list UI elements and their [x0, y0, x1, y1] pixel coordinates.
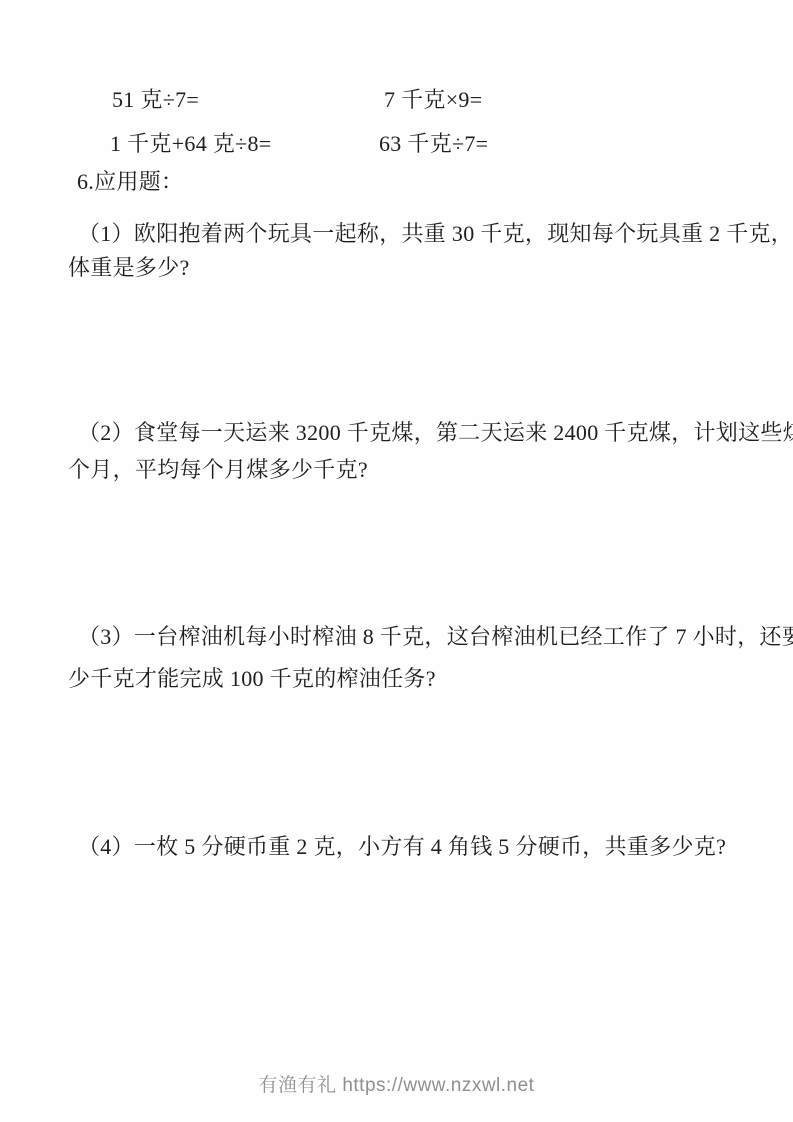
problem-1-line-2: 体重是多少?: [68, 254, 190, 281]
worksheet-page: 51 克÷7= 7 千克×9= 1 千克+64 克÷8= 63 千克÷7= 6.…: [0, 0, 793, 1122]
problem-1-line-1: （1）欧阳抱着两个玩具一起称，共重 30 千克，现知每个玩具重 2 千克，欧阳: [78, 220, 793, 247]
problem-4-line-1: （4）一枚 5 分硬币重 2 克，小方有 4 角钱 5 分硬币，共重多少克?: [78, 833, 726, 860]
problem-2-line-1: （2）食堂每一天运来 3200 千克煤，第二天运来 2400 千克煤，计划这些煤…: [78, 419, 793, 446]
problem-3-line-2: 少千克才能完成 100 千克的榨油任务?: [68, 665, 436, 692]
equation-1: 51 克÷7=: [112, 86, 199, 113]
equation-2: 7 千克×9=: [384, 86, 482, 113]
problem-3-line-1: （3）一台榨油机每小时榨油 8 千克，这台榨油机已经工作了 7 小时，还要榨多: [78, 623, 793, 650]
footer-watermark: 有渔有礼 https://www.nzxwl.net: [0, 1070, 793, 1097]
section-heading: 6.应用题：: [77, 168, 183, 195]
problem-2-line-2: 个月，平均每个月煤多少千克?: [68, 456, 368, 483]
equation-4: 63 千克÷7=: [379, 130, 488, 157]
equation-3: 1 千克+64 克÷8=: [110, 130, 272, 157]
